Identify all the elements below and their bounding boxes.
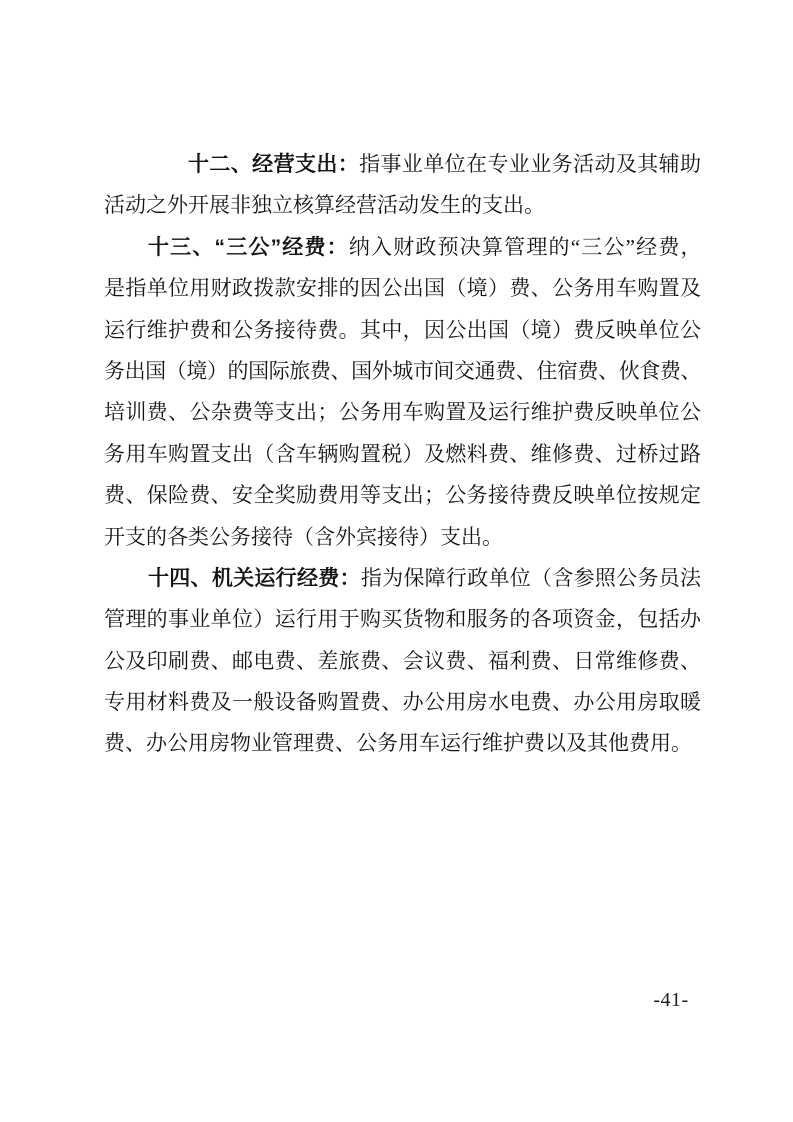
para-13-line-4: 务出国（境）的国际旅费、国外城市间交通费、住宿费、伙食费、 xyxy=(104,351,701,392)
para-14-line-1: 十四、机关运行经费：指为保障行政单位（含参照公务员法 xyxy=(104,558,701,599)
para-13-line-5: 培训费、公杂费等支出；公务用车购置及运行维护费反映单位公 xyxy=(104,392,701,433)
para-14-line-3: 公及印刷费、邮电费、差旅费、会议费、福利费、日常维修费、 xyxy=(104,641,701,682)
para-12-text: 指事业单位在专业业务活动及其辅助 xyxy=(359,152,701,176)
page-number: -41- xyxy=(647,989,695,1012)
para-13-line-8: 开支的各类公务接待（含外宾接待）支出。 xyxy=(104,517,701,558)
document-body: 十二、经营支出：指事业单位在专业业务活动及其辅助 活动之外开展非独立核算经营活动… xyxy=(104,144,701,765)
para-14-heading: 十四、机关运行经费： xyxy=(148,567,361,590)
para-12-line-2: 活动之外开展非独立核算经营活动发生的支出。 xyxy=(104,185,701,226)
para-12-heading: 十二、经营支出： xyxy=(188,153,359,176)
para-13-line-1: 十三、“三公”经费：纳入财政预决算管理的“三公”经费， xyxy=(104,227,701,268)
para-13-text: 纳入财政预决算管理的“三公”经费， xyxy=(349,235,701,259)
para-14-line-5: 费、办公用房物业管理费、公务用车运行维护费以及其他费用。 xyxy=(104,723,701,764)
para-14-line-4: 专用材料费及一般设备购置费、办公用房水电费、办公用房取暖 xyxy=(104,682,701,723)
para-13-line-2: 是指单位用财政拨款安排的因公出国（境）费、公务用车购置及 xyxy=(104,268,701,309)
para-12-line-1: 十二、经营支出：指事业单位在专业业务活动及其辅助 xyxy=(104,144,701,185)
para-13-heading: 十三、“三公”经费： xyxy=(148,236,349,259)
para-14-text: 指为保障行政单位（含参照公务员法 xyxy=(361,566,701,590)
para-13-line-7: 费、保险费、安全奖励费用等支出；公务接待费反映单位按规定 xyxy=(104,475,701,516)
document-page: 十二、经营支出：指事业单位在专业业务活动及其辅助 活动之外开展非独立核算经营活动… xyxy=(0,0,793,1122)
para-14-line-2: 管理的事业单位）运行用于购买货物和服务的各项资金，包括办 xyxy=(104,599,701,640)
para-13-line-6: 务用车购置支出（含车辆购置税）及燃料费、维修费、过桥过路 xyxy=(104,434,701,475)
para-13-line-3: 运行维护费和公务接待费。其中，因公出国（境）费反映单位公 xyxy=(104,310,701,351)
